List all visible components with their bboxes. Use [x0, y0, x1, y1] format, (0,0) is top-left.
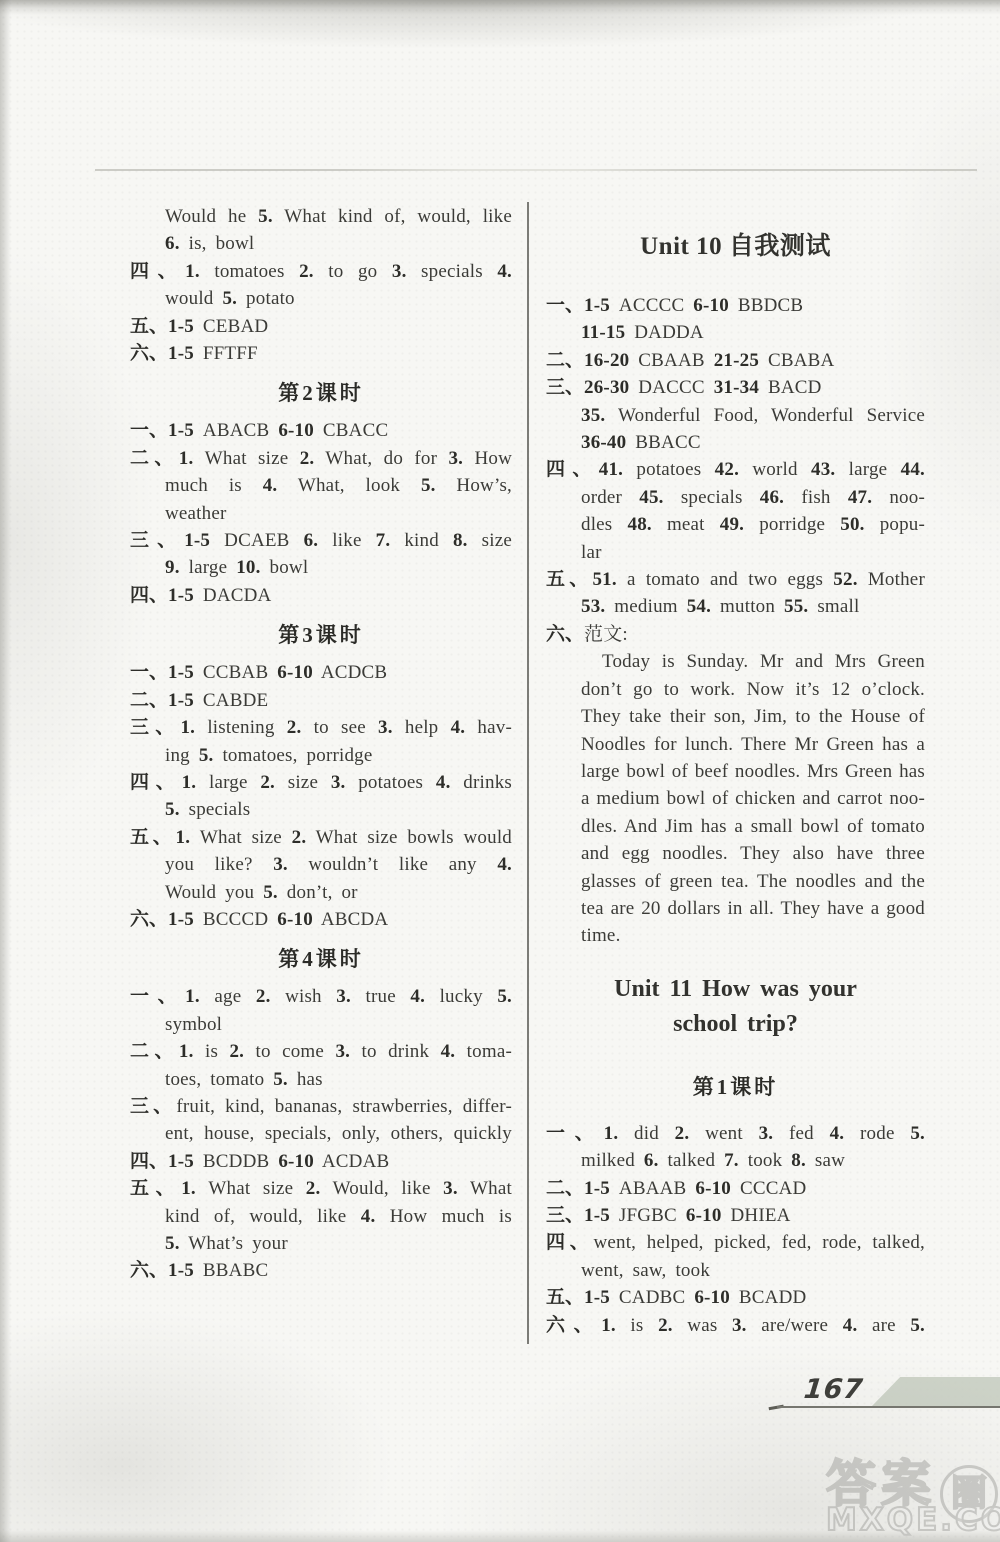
scan-edge-left — [0, 0, 11, 1542]
essay-line: and egg noodles. They also have three — [546, 840, 925, 867]
answer-line: dles 48. meat 49. porridge 50. popu- — [546, 511, 925, 538]
answer-line: 一、1. age 2. wish 3. true 4. lucky 5. — [130, 983, 512, 1010]
answer-line: you like? 3. wouldn’t like any 4. — [130, 851, 512, 878]
answer-line: 五、1-5 CEBAD — [130, 313, 512, 340]
answer-line: 36-40 BBACC — [546, 429, 925, 456]
answer-line: 三、1. listening 2. to see 3. help 4. hav- — [130, 714, 512, 741]
lesson-heading: 第2课时 — [130, 378, 512, 408]
column-divider-line — [527, 202, 529, 1344]
answer-line: 五、1-5 CADBC 6-10 BCADD — [546, 1284, 925, 1311]
lesson-heading: 第3课时 — [130, 620, 512, 650]
lesson-heading: 第4课时 — [130, 944, 512, 974]
answer-line: 9. large 10. bowl — [130, 554, 512, 581]
answer-line: 35. Wonderful Food, Wonderful Service — [546, 402, 925, 429]
answer-line: much is 4. What, look 5. How’s, — [130, 472, 512, 499]
answer-line: 五、51. a tomato and two eggs 52. Mother — [546, 566, 925, 593]
answer-line: lar — [546, 539, 925, 566]
essay-line: don’t go to work. Now it’s 12 o’clock. — [546, 676, 925, 703]
page-number: 167 — [802, 1374, 865, 1405]
page-number-tick — [767, 1397, 784, 1410]
answer-line: symbol — [130, 1011, 512, 1038]
essay-line: time. — [546, 922, 925, 949]
answer-line: 六、1-5 BBABC — [130, 1257, 512, 1284]
answer-line: 四、went, helped, picked, fed, rode, talke… — [546, 1229, 925, 1256]
unit10-heading: Unit 10 自我测试 — [546, 230, 925, 264]
answer-line: ing 5. tomatoes, porridge — [130, 742, 512, 769]
answer-line: 二、1-5 ABAAB 6-10 CCCAD — [546, 1175, 925, 1202]
answer-line: 三、1-5 JFGBC 6-10 DHIEA — [546, 1202, 925, 1229]
answer-line: 11-15 DADDA — [546, 319, 925, 346]
answer-line: 六、1-5 BCCCD 6-10 ABCDA — [130, 906, 512, 933]
answer-line: 一、1-5 CCBAB 6-10 ACDCB — [130, 659, 512, 686]
answer-line: 四、41. potatoes 42. world 43. large 44. — [546, 456, 925, 483]
answer-line: Would he 5. What kind of, would, like — [130, 203, 512, 230]
right-column: Unit 10 自我测试 一、1-5 ACCCC 6-10 BBDCB 11-1… — [546, 230, 925, 1339]
answer-line: 五、1. What size 2. Would, like 3. What — [130, 1175, 512, 1202]
answer-line: 二、16-20 CBAAB 21-25 CBABA — [546, 347, 925, 374]
answer-line: ent, house, specials, only, others, quic… — [130, 1120, 512, 1147]
answer-line: 一、1-5 ABACB 6-10 CBACC — [130, 417, 512, 444]
answer-line: kind of, would, like 4. How much is — [130, 1203, 512, 1230]
answer-line: 三、26-30 DACCC 31-34 BACD — [546, 374, 925, 401]
answer-line: 四、1-5 BCDDB 6-10 ACDAB — [130, 1148, 512, 1175]
corner-highlight-shape — [872, 1377, 1000, 1406]
answer-line: milked 6. talked 7. took 8. saw — [546, 1147, 925, 1174]
answer-line: 四、1. tomatoes 2. to go 3. specials 4. — [130, 258, 512, 285]
answer-line: 三、1-5 DCAEB 6. like 7. kind 8. size — [130, 527, 512, 554]
answer-line: 5. specials — [130, 796, 512, 823]
header-rule-line — [95, 169, 977, 171]
answer-line: Would you 5. don’t, or — [130, 879, 512, 906]
answer-line: 5. What’s your — [130, 1230, 512, 1257]
answer-line: toes, tomato 5. has — [130, 1066, 512, 1093]
answer-line: 六、1-5 FFTFF — [130, 340, 512, 367]
scan-edge-top — [0, 0, 1000, 15]
essay-line: dles. And Jim has a small bowl of tomato — [546, 813, 925, 840]
answer-line: would 5. potato — [130, 285, 512, 312]
answer-line: went, saw, took — [546, 1257, 925, 1284]
answer-line: 三、fruit, kind, bananas, strawberries, di… — [130, 1093, 512, 1120]
answer-line: 五、1. What size 2. What size bowls would — [130, 824, 512, 851]
left-column: Would he 5. What kind of, would, like 6.… — [130, 203, 512, 1285]
essay-line: a medium bowl of chicken and carrot noo- — [546, 785, 925, 812]
page-number-rule — [777, 1406, 1000, 1408]
answer-line: 六、1. is 2. was 3. are/were 4. are 5. — [546, 1312, 925, 1339]
answer-line: 四、1-5 DACDA — [130, 582, 512, 609]
essay-line: large bowl of beef noodles. Mrs Green ha… — [546, 758, 925, 785]
answer-line: weather — [130, 500, 512, 527]
essay-line: They take their son, Jim, to the House o… — [546, 703, 925, 730]
answer-line: 一、1-5 ACCCC 6-10 BBDCB — [546, 292, 925, 319]
watermark-site: MXQE.COM — [826, 1502, 1000, 1538]
answer-line: 二、1. What size 2. What, do for 3. How — [130, 445, 512, 472]
unit11-heading: Unit 11 How was your school trip? — [546, 972, 925, 1042]
essay-line: glasses of green tea. The noodles and th… — [546, 868, 925, 895]
answer-line: 四、1. large 2. size 3. potatoes 4. drinks — [130, 769, 512, 796]
answer-line: 6. is, bowl — [130, 230, 512, 257]
essay-line: tea are 20 dollars in all. They have a g… — [546, 895, 925, 922]
unit11-heading-line2: school trip? — [546, 1007, 925, 1042]
answer-line: 二、1-5 CABDE — [130, 687, 512, 714]
answer-line: 53. medium 54. mutton 55. small — [546, 593, 925, 620]
unit11-heading-line1: Unit 11 How was your — [546, 972, 925, 1007]
answer-line: 一、1. did 2. went 3. fed 4. rode 5. — [546, 1120, 925, 1147]
essay-label-line: 六、范文: — [546, 621, 925, 648]
answer-line: order 45. specials 46. fish 47. noo- — [546, 484, 925, 511]
answer-line: 二、1. is 2. to come 3. to drink 4. toma- — [130, 1038, 512, 1065]
essay-line: Noodles for lunch. There Mr Green has a — [546, 731, 925, 758]
essay-line: Today is Sunday. Mr and Mrs Green — [546, 648, 925, 675]
lesson-heading: 第1课时 — [546, 1072, 925, 1102]
